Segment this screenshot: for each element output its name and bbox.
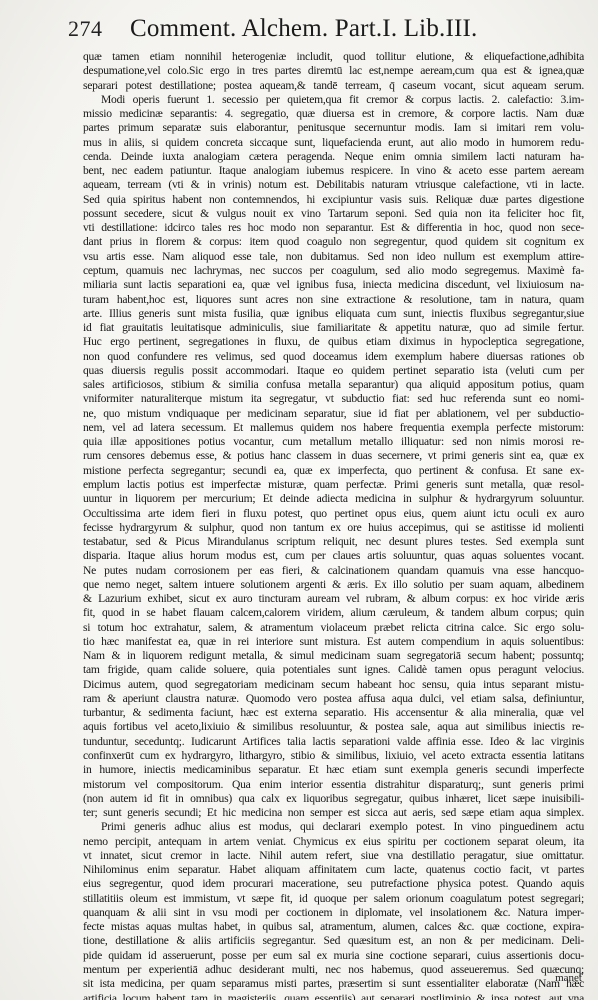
- page-number: 274: [68, 16, 130, 42]
- text-line: Primi generis adhuc alius est modus, qui…: [83, 820, 584, 834]
- text-line: testabatur, sed & Picus Mirandulanus scr…: [83, 535, 584, 549]
- text-line: vniformiter naturaliterque mistum ita se…: [83, 392, 584, 406]
- text-line: eius segregentur, quod idem procurari ma…: [83, 877, 584, 891]
- catchword: maneƭ: [555, 972, 582, 984]
- text-line: Occultissima arte idem fieri in fluxu po…: [83, 507, 584, 521]
- text-line: (non autem id fit in omnibus) qua calx e…: [83, 792, 584, 806]
- text-line: aqueam, terream (vti & in vrinis) notum …: [83, 178, 584, 192]
- page-header: 274 Comment. Alchem. Part.I. Lib.III.: [68, 15, 568, 51]
- text-line: vt innatet, sicut cremor in lacte. Nihil…: [83, 849, 584, 863]
- text-line: confinxerūt cum ex hydrargyro, lithargyr…: [83, 749, 584, 763]
- text-line: ter; sunt generis secundi; Et hic medici…: [83, 806, 584, 820]
- text-line: quanquam & alii sint in vsu modi per coc…: [83, 906, 584, 920]
- text-line: tio hæc manifestat ea, quæ in rei interi…: [83, 635, 584, 649]
- text-line: mentum per experientiā adhuc desiderant …: [83, 963, 584, 977]
- text-line: & Lazurium exhibet, sicut ex auro tinctu…: [83, 592, 584, 606]
- text-line: si totum hoc extrahatur, salem, & atrame…: [83, 621, 584, 635]
- text-line: miliaria sunt lactis separationi ea, quæ…: [83, 278, 584, 292]
- text-line: Nam & in liquorem redigunt metalla, & si…: [83, 649, 584, 663]
- text-line: mistorum vel compositorum. Qua enim inte…: [83, 778, 584, 792]
- text-line: non quod confundere res velimus, sed quo…: [83, 350, 584, 364]
- text-line: fecte mistas aquas multas habet, in quib…: [83, 920, 584, 934]
- text-line: quæ tamen etiam nonnihil heterogeniæ inc…: [83, 50, 584, 64]
- text-line: turam habent,hoc est, liquores sunt acre…: [83, 293, 584, 307]
- text-line: Huc ergo pertinent, segregationes in flu…: [83, 335, 584, 349]
- text-line: tunduntur, seceduntq;. Iudicarunt Artifi…: [83, 735, 584, 749]
- text-line: nem, vel ad latera secessum. Et mallemus…: [83, 421, 584, 435]
- text-line: partes primum separatæ suis elaborantur,…: [83, 121, 584, 135]
- text-line: que nemo neget, saltem intuere solutione…: [83, 578, 584, 592]
- text-line: sit ista medicina, per quam separamus mi…: [83, 977, 584, 991]
- text-line: aquis fortibus vel aceto,lixiuio & simil…: [83, 720, 584, 734]
- text-line: Nihilominus enim separatur. Habet aliqua…: [83, 863, 584, 877]
- text-line: mistione perfecta segregantur; secundi e…: [83, 464, 584, 478]
- text-line: cenda. Deinde iuxta analogiam cætera per…: [83, 150, 584, 164]
- document-page: 274 Comment. Alchem. Part.I. Lib.III. qu…: [0, 0, 598, 1000]
- body-text: quæ tamen etiam nonnihil heterogeniæ inc…: [83, 50, 584, 1000]
- text-line: Sed quia spiritus habent non contemnendo…: [83, 193, 584, 207]
- text-line: dant prius in florem & corpus: item quod…: [83, 235, 584, 249]
- text-line: Ne putes nudam corrosionem per eas fieri…: [83, 564, 584, 578]
- text-line: possunt secedere, sicut & vulgus nouit e…: [83, 207, 584, 221]
- text-line: missio medicinæ separantis: 4. segregati…: [83, 107, 584, 121]
- text-line: stillatitiis oleum est immistum, vt sæpe…: [83, 892, 584, 906]
- text-line: despumatione,vel colo.Sic ergo in tres p…: [83, 64, 584, 78]
- text-line: quas diuersis regulis possit accommodari…: [83, 364, 584, 378]
- text-line: fecisse hydrargyrum & sulphur, quod non …: [83, 521, 584, 535]
- text-line: disparia. Itaque alius horum modus est, …: [83, 549, 584, 563]
- text-line: ram & aperiunt claustra naturæ. Quomodo …: [83, 692, 584, 706]
- text-line: vti destillatione: idcirco tales res hoc…: [83, 221, 584, 235]
- text-line: arte. Illius generis sunt mista fusilia,…: [83, 307, 584, 321]
- text-line: vsu artis esse. Nam aliquod esse tale, n…: [83, 250, 584, 264]
- text-line: artificia locum habent tam in magisterii…: [83, 992, 584, 1000]
- text-line: bent, nec eadem patiuntur. Itaque analog…: [83, 164, 584, 178]
- text-line: uuntur in liquorem per mercurium; Et dei…: [83, 492, 584, 506]
- text-line: pide quidam id asseruerunt, posse per eu…: [83, 949, 584, 963]
- text-line: Modi operis fuerunt 1. secessio per quie…: [83, 93, 584, 107]
- text-line: emplum lactis potius est imperfectæ mist…: [83, 478, 584, 492]
- text-line: ne, quo mistum vndiquaque per medicinam …: [83, 407, 584, 421]
- text-line: Dicimus autem, quod segregatoriam medici…: [83, 678, 584, 692]
- text-line: tione, destillatione & aliis artificiis …: [83, 934, 584, 948]
- text-line: turbantur, & sedimenta faciunt, hæc est …: [83, 706, 584, 720]
- text-line: sales artificiosos, stibium & similia co…: [83, 378, 584, 392]
- text-line: separari potest destillatione; postea aq…: [83, 79, 584, 93]
- text-line: rum censores debemus esse, & potius hanc…: [83, 449, 584, 463]
- running-title: Comment. Alchem. Part.I. Lib.III.: [130, 15, 478, 43]
- text-line: id fiat grauitatis leuitatisque adminicu…: [83, 321, 584, 335]
- text-line: in humore, iniectis medicaminibus separa…: [83, 763, 584, 777]
- text-line: tam frigide, quam calide soluere, quia p…: [83, 663, 584, 677]
- text-line: mus in aliis, si quidem concreta siccaqu…: [83, 136, 584, 150]
- text-line: fit, quod in se habet flauam calcem,calo…: [83, 606, 584, 620]
- text-line: ceptum, quamuis nec lachrymas, nec succo…: [83, 264, 584, 278]
- text-line: nemo percipit, antequam in artem veniat.…: [83, 835, 584, 849]
- text-line: quia illæ appositiones potius vocantur, …: [83, 435, 584, 449]
